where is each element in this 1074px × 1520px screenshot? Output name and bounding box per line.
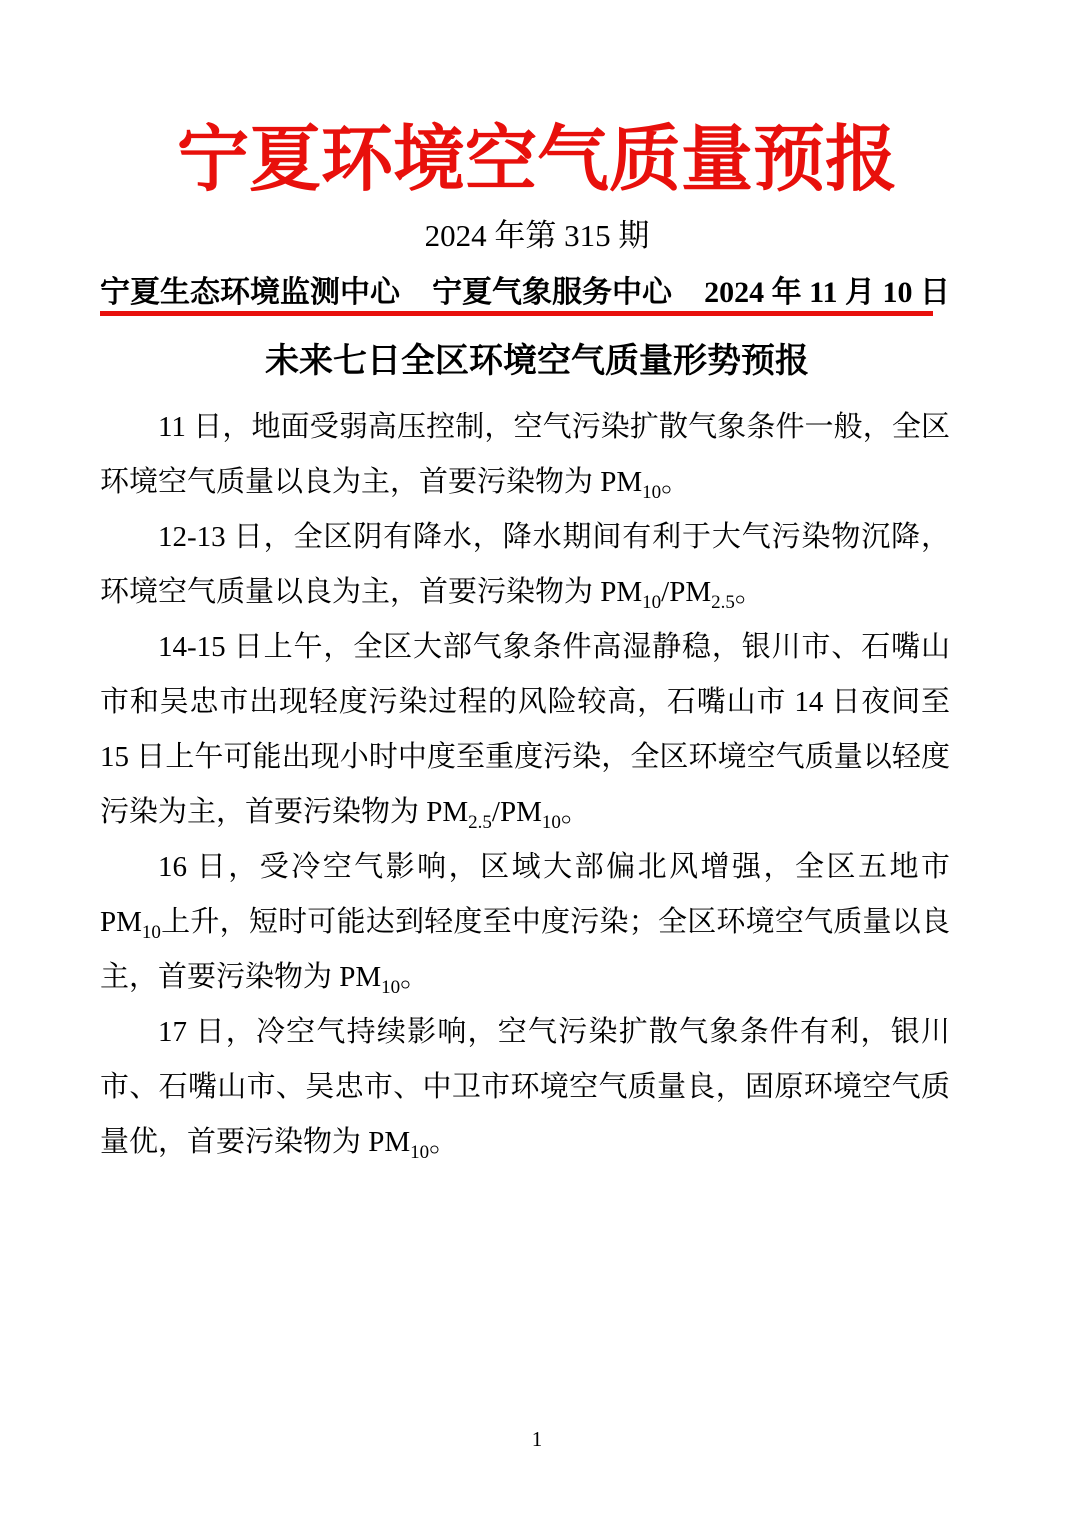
issue-number: 2024 年第 315 期	[0, 214, 1074, 258]
forecast-paragraph: 14-15 日上午，全区大部气象条件高湿静稳，银川市、石嘴山市和吴忠市出现轻度污…	[100, 620, 950, 840]
pollutant-subscript: 2.5	[711, 592, 735, 613]
section-heading: 未来七日全区环境空气质量形势预报	[0, 334, 1074, 390]
forecast-paragraph: 16 日，受冷空气影响，区域大部偏北风增强，全区五地市 PM10上升，短时可能达…	[100, 840, 950, 1005]
forecast-paragraph: 11 日，地面受弱高压控制，空气污染扩散气象条件一般，全区环境空气质量以良为主，…	[100, 400, 950, 510]
pollutant-subscript: 10	[642, 592, 661, 613]
document-page: 宁夏环境空气质量预报 2024 年第 315 期 宁夏生态环境监测中心 宁夏气象…	[0, 0, 1074, 1520]
header-org-row: 宁夏生态环境监测中心 宁夏气象服务中心 2024 年 11 月 10 日	[100, 272, 950, 314]
issue-date: 2024 年 11 月 10 日	[704, 272, 950, 314]
header-divider-rule	[100, 311, 933, 316]
forecast-paragraph: 12-13 日，全区阴有降水，降水期间有利于大气污染物沉降，环境空气质量以良为主…	[100, 510, 950, 620]
pollutant-subscript: 10	[642, 482, 661, 503]
org-center-meteorological-center: 宁夏气象服务中心	[432, 272, 672, 314]
pollutant-subscript: 10	[381, 977, 400, 998]
forecast-paragraph: 17 日，冷空气持续影响，空气污染扩散气象条件有利，银川市、石嘴山市、吴忠市、中…	[100, 1005, 950, 1170]
pollutant-subscript: 10	[410, 1142, 429, 1163]
pollutant-subscript: 10	[542, 812, 561, 833]
forecast-paragraphs: 11 日，地面受弱高压控制，空气污染扩散气象条件一般，全区环境空气质量以良为主，…	[100, 400, 950, 1170]
pollutant-subscript: 2.5	[468, 812, 492, 833]
page-number: 1	[0, 1424, 1074, 1454]
org-left-monitoring-center: 宁夏生态环境监测中心	[100, 272, 400, 314]
document-title: 宁夏环境空气质量预报	[0, 112, 1074, 208]
pollutant-subscript: 10	[142, 922, 161, 943]
